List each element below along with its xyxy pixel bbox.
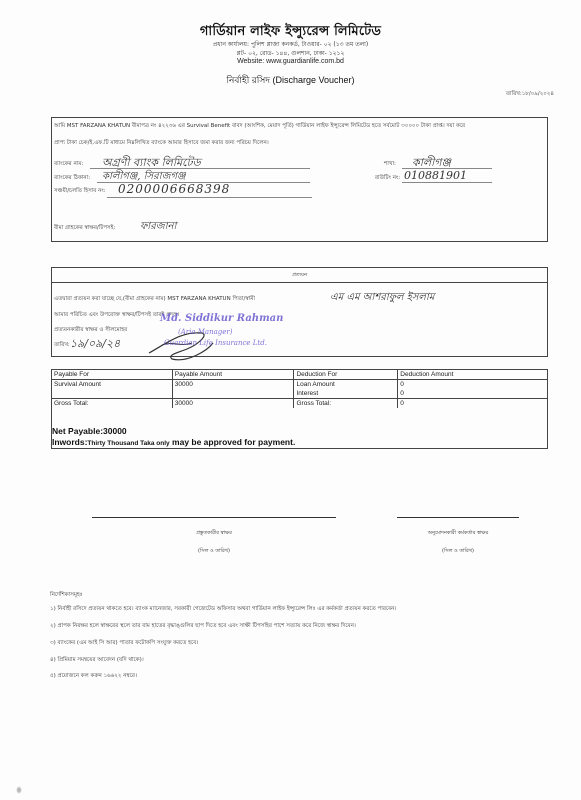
- account-value: 0200006668398: [118, 182, 230, 196]
- table-total-row: Gross Total: 30000 Gross Total: 0: [52, 399, 548, 409]
- bank-address-label: ব্যাংকের ঠিকানা:: [54, 175, 90, 182]
- cell-gross-total-payable: 30000: [172, 399, 294, 409]
- customer-signature-value: ফারজানা: [140, 219, 176, 236]
- cell-gross-total-deduction: 0: [398, 399, 548, 409]
- inwords-suffix: may be approved for payment.: [172, 437, 295, 447]
- instruction-item: ৫) প্রয়োজনে কল করুন ১৬৬২২ নম্বরে।: [50, 673, 137, 681]
- approver-signature-label: অনুমোদনকারী কর্মকর্তার স্বাক্ষর: [380, 530, 536, 538]
- account-label: সঞ্চয়ী/চলতি হিসাব নং:: [54, 188, 106, 195]
- inwords-line: Inwords:Thirty Thousand Taka only may be…: [52, 437, 295, 447]
- cell-gross-total-label: Gross Total:: [52, 399, 173, 409]
- discharge-voucher-page: গার্ডিয়ান লাইফ ইন্স্যুরেন্স লিমিটেড প্র…: [0, 0, 581, 800]
- verification-date-value: ১৯/০৯/২৪: [70, 335, 120, 354]
- verification-date-label: তারিখ:: [54, 342, 70, 349]
- table-header-row: Payable For Payable Amount Deduction For…: [52, 370, 548, 380]
- voucher-title: নির্বাহী রসিদ (Discharge Voucher): [0, 73, 581, 88]
- company-website: Website: www.guardianlife.com.bd: [0, 58, 581, 65]
- voucher-date: তারিখ:১৮/০৯/২০২৪: [506, 91, 554, 99]
- verifier-signature-label: প্রত্যয়নকারীর স্বাক্ষর ও সীলমোহর: [54, 327, 127, 334]
- stamp-title: (Aria Manager): [178, 328, 233, 336]
- customer-signature-label: বীমা গ্রাহকের স্বাক্ষর/টিপসই:: [54, 225, 115, 232]
- declaration-line1: আমি MST FARZANA KHATUN বীমাপত্র নং ৪২২৩৬…: [54, 123, 465, 130]
- cell-deduction-for: Interest: [294, 389, 398, 399]
- routing-label: রাউটিং নং:: [375, 175, 400, 182]
- preparer-signature-label: প্রস্তুতকারীর স্বাক্ষর: [92, 530, 336, 538]
- cell-payable-for: Survival Amount: [52, 380, 173, 399]
- routing-value: 010881901: [404, 169, 467, 182]
- verification-line1: এতদ্বারা প্রত্যয়ন করা যাচ্ছে যে,(বীমা গ…: [54, 296, 255, 303]
- declaration-line2: প্রাপ্য টাকা চেক/ই.এফ.টি মাধ্যমে নিম্নলি…: [54, 140, 269, 147]
- cell-deduction-for: Loan Amount: [294, 380, 398, 390]
- routing-underline: [402, 182, 492, 183]
- inwords-value: Thirty Thousand Taka only: [87, 440, 169, 447]
- header-deduction-amount: Deduction Amount: [398, 370, 548, 380]
- header-payable-for: Payable For: [52, 370, 173, 380]
- header-deduction-for: Deduction For: [294, 370, 398, 380]
- verification-box: প্রত্যয়ন এতদ্বারা প্রত্যয়ন করা যাচ্ছে …: [51, 267, 548, 357]
- father-husband-name: এম এম আশরাফুল ইসলাম: [330, 290, 434, 307]
- inwords-label: Inwords:: [52, 437, 87, 447]
- instruction-item: ৪) প্রিমিয়াম সমন্বয়ের আবেদন (যদি থাকে)…: [50, 657, 144, 665]
- scan-speck: [16, 786, 22, 794]
- instruction-item: ১) নির্বাহী রসিদে প্রত্যয়ন থাকতে হবে। ব…: [50, 606, 396, 614]
- verification-heading: প্রত্যয়ন: [52, 268, 547, 283]
- table-row: Survival Amount 30000 Loan Amount 0: [52, 380, 548, 390]
- cell-gross-total-label-deduction: Gross Total:: [294, 399, 398, 409]
- instructions-title: নির্দেশিকাসমূহঃ: [50, 592, 83, 600]
- cell-deduction-amount: 0: [398, 380, 548, 390]
- payment-table: Payable For Payable Amount Deduction For…: [51, 369, 548, 408]
- bank-details-box: আমি MST FARZANA KHATUN বীমাপত্র নং ৪২২৩৬…: [51, 117, 548, 242]
- instruction-item: ৩) ব্যাংকের (এম আই সি আর) পাতার ফটোকপি স…: [50, 640, 198, 648]
- branch-label: শাখা:: [384, 161, 396, 168]
- instruction-item: ২) প্রাপক নিরক্ষর হলে স্বাক্ষরের স্থলে ত…: [50, 623, 356, 631]
- preparer-signature-line: [92, 517, 336, 518]
- preparer-seal-date: (সিল ও তারিখ): [92, 548, 336, 556]
- stamp-company: Guardian Life Insurance Ltd.: [164, 339, 267, 347]
- approver-signature-line: [397, 517, 519, 518]
- cell-deduction-amount: 0: [398, 389, 548, 399]
- header-payable-amount: Payable Amount: [172, 370, 294, 380]
- cell-payable-amount: 30000: [172, 380, 294, 399]
- approver-seal-date: (সিল ও তারিখ): [380, 548, 536, 556]
- stamp-name: Md. Siddikur Rahman: [160, 313, 283, 324]
- bank-name-label: ব্যাংকের নাম:: [54, 161, 83, 168]
- account-underline: [107, 197, 312, 198]
- net-payable: Net Payable:30000: [52, 426, 127, 436]
